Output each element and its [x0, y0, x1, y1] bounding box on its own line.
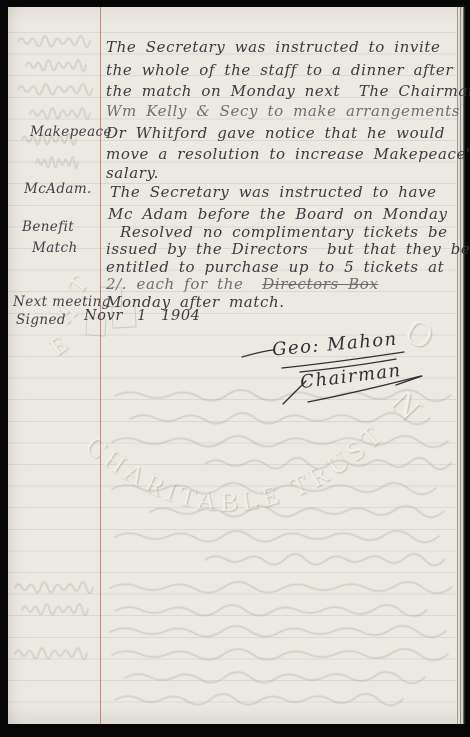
minute-line: move a resolution to increase Makepeace'… — [106, 144, 470, 164]
minute-line: the match on Monday next The Chairman — [106, 81, 470, 101]
minute-line: Wm Kelly & Secy to make arrangements — [106, 101, 460, 121]
minute-line: salary. — [106, 163, 159, 183]
minute-line: The Secretary was instructed to invite — [106, 37, 441, 57]
minute-line: Mc Adam before the Board on Monday — [108, 204, 448, 224]
date-line: Novr 1 1904 — [84, 308, 201, 324]
minute-line: Dr Whitford gave notice that he would — [106, 123, 445, 143]
minute-line: The Secretary was instructed to have — [110, 182, 437, 202]
minute-line: issued by the Directors but that they be — [106, 239, 470, 259]
minute-line: the whole of the staff to a dinner after — [106, 60, 453, 80]
minute-book-photo: CHARITABLE TRUST O N T H E — [0, 0, 470, 737]
minute-line: 2/. each for the Directors Box — [106, 274, 379, 294]
margin-note: Match — [32, 239, 78, 257]
margin-note: Benefit — [22, 218, 74, 236]
red-margin-line — [100, 7, 101, 724]
margin-note: McAdam. — [24, 180, 92, 198]
margin-note: Signed — [16, 311, 66, 329]
struck-text: Directors Box — [262, 275, 378, 293]
margin-note: Makepeace — [30, 123, 112, 141]
